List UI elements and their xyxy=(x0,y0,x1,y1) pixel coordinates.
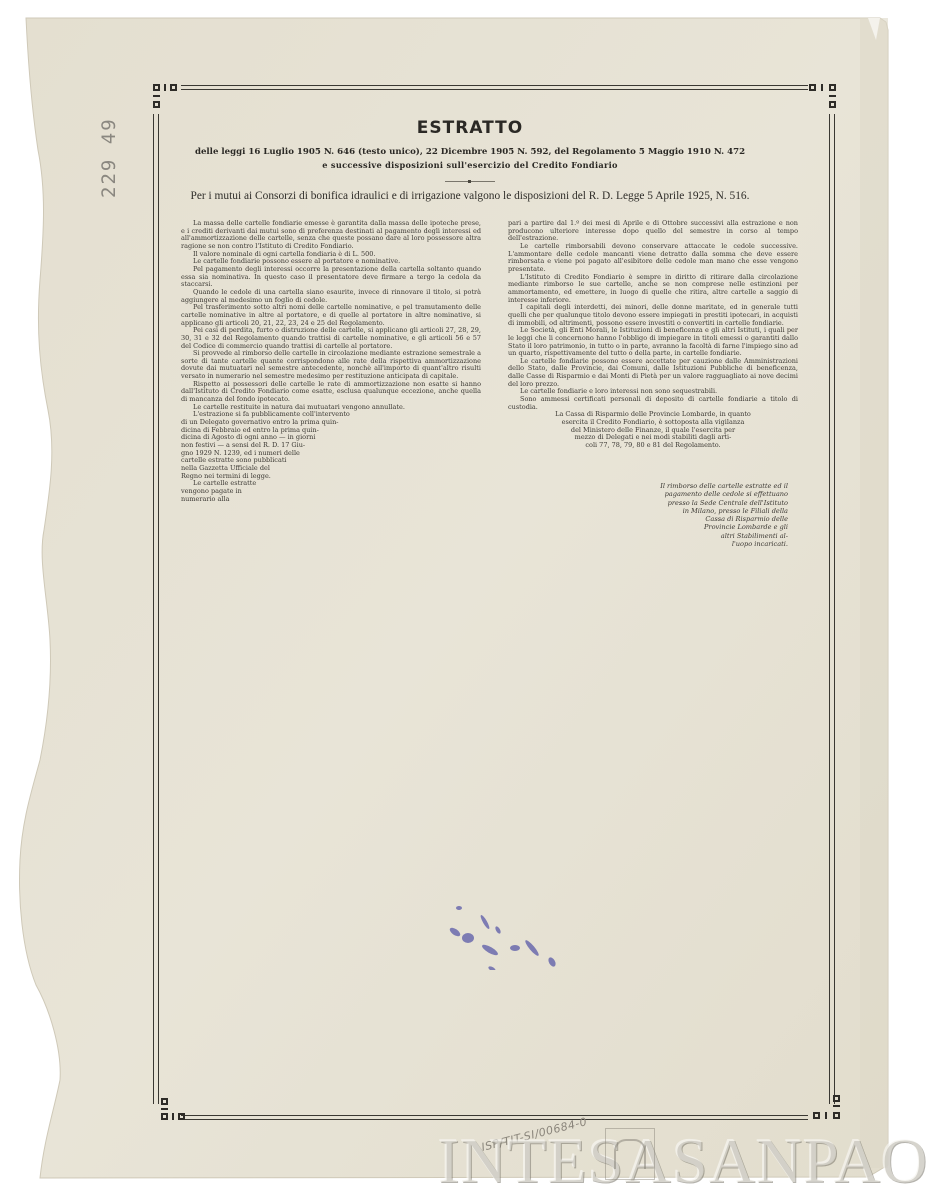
paragraph: pari a partire dal 1.º dei mesi di April… xyxy=(508,220,798,243)
corner-ornament-icon xyxy=(821,84,823,91)
corner-ornament-icon xyxy=(161,1098,168,1105)
text-line: altri Stabilimenti al- xyxy=(600,532,788,540)
paragraph: Pel trasferimento sotto altri nomi delle… xyxy=(181,304,481,327)
corner-ornament-icon xyxy=(809,84,816,91)
right-text-column: pari a partire dal 1.º dei mesi di April… xyxy=(508,220,798,450)
document-title: ESTRATTO xyxy=(170,118,770,138)
corner-ornament-icon xyxy=(161,1108,168,1110)
corner-ornament-icon xyxy=(833,1095,840,1102)
paragraph: L'Istituto di Credito Fondiario è sempre… xyxy=(508,274,798,305)
left-text-column: La massa delle cartelle fondiarie emesse… xyxy=(181,220,481,503)
paragraph: Si provvede al rimborso delle cartelle i… xyxy=(181,350,481,381)
watermark-right: SANPAOLO xyxy=(672,1130,926,1192)
text-line: Cassa di Risparmio delle xyxy=(600,515,788,523)
frame-right-line xyxy=(829,114,835,1104)
corner-ornament-icon xyxy=(813,1112,820,1119)
corner-ornament-icon xyxy=(161,1113,168,1120)
paragraph: Le cartelle rimborsabili devono conserva… xyxy=(508,243,798,274)
ink-stain xyxy=(410,890,570,970)
text-line: Il rimborso delle cartelle estratte ed i… xyxy=(600,482,788,490)
watermark-logo-icon xyxy=(605,1128,655,1180)
document-subtitle-line2: e successive disposizioni sull'esercizio… xyxy=(170,160,770,170)
corner-ornament-icon xyxy=(829,101,836,108)
text-line: presso la Sede Centrale dell'Istituto xyxy=(600,499,788,507)
paragraph: Pei casi di perdita, furto o distruzione… xyxy=(181,327,481,350)
reimbursement-note: Il rimborso delle cartelle estratte ed i… xyxy=(600,482,788,548)
corner-ornament-icon xyxy=(153,101,160,108)
paragraph: Le Società, gli Enti Morali, le Istituzi… xyxy=(508,327,798,358)
corner-ornament-icon xyxy=(833,1112,840,1119)
corner-ornament-icon xyxy=(153,95,160,97)
text-line: numerario alla xyxy=(181,496,481,504)
stamped-number-text: 229 49 xyxy=(98,117,120,198)
document-subtitle-line1: delle leggi 16 Luglio 1905 N. 646 (testo… xyxy=(170,147,770,157)
corner-ornament-icon xyxy=(833,1105,840,1107)
stamped-number: 229 49 xyxy=(98,117,120,198)
intro-sentence: Per i mutui ai Consorzi di bonifica idra… xyxy=(170,190,770,202)
text-line: l'uopo incaricati. xyxy=(600,540,788,548)
frame-bottom-line xyxy=(181,1115,808,1120)
frame-left-line xyxy=(153,114,159,1104)
text-line: in Milano, presso le Filiali della xyxy=(600,507,788,515)
paragraph: I capitali degli interdetti, dei minori,… xyxy=(508,304,798,327)
corner-ornament-icon xyxy=(829,84,836,91)
paragraph: Rispetto ai possessori delle cartelle le… xyxy=(181,381,481,404)
text-line: coli 77, 78, 79, 80 e 81 del Regolamento… xyxy=(508,442,798,450)
corner-ornament-icon xyxy=(825,1112,827,1119)
paragraph: La massa delle cartelle fondiarie emesse… xyxy=(181,220,481,251)
title-separator xyxy=(445,181,495,182)
frame-top-line xyxy=(181,85,808,90)
corner-ornament-icon xyxy=(829,95,836,97)
document-sheet: 229 49 ESTRATTO delle leggi 16 Luglio 19… xyxy=(0,0,926,1200)
paper-background xyxy=(0,0,926,1200)
paragraph: Sono ammessi certificati personali di de… xyxy=(508,396,798,411)
paragraph: Pel pagamento degli interessi occorre la… xyxy=(181,266,481,289)
text-line: Provincie Lombarde e gli xyxy=(600,523,788,531)
corner-ornament-icon xyxy=(164,84,166,91)
corner-ornament-icon xyxy=(172,1113,174,1120)
paragraph: Quando le cedole di una cartella siano e… xyxy=(181,289,481,304)
corner-ornament-icon xyxy=(178,1113,185,1120)
corner-ornament-icon xyxy=(170,84,177,91)
paragraph: Le cartelle fondiarie possono essere acc… xyxy=(508,358,798,389)
text-line: pagamento delle cedole si effettuano xyxy=(600,490,788,498)
corner-ornament-icon xyxy=(153,84,160,91)
